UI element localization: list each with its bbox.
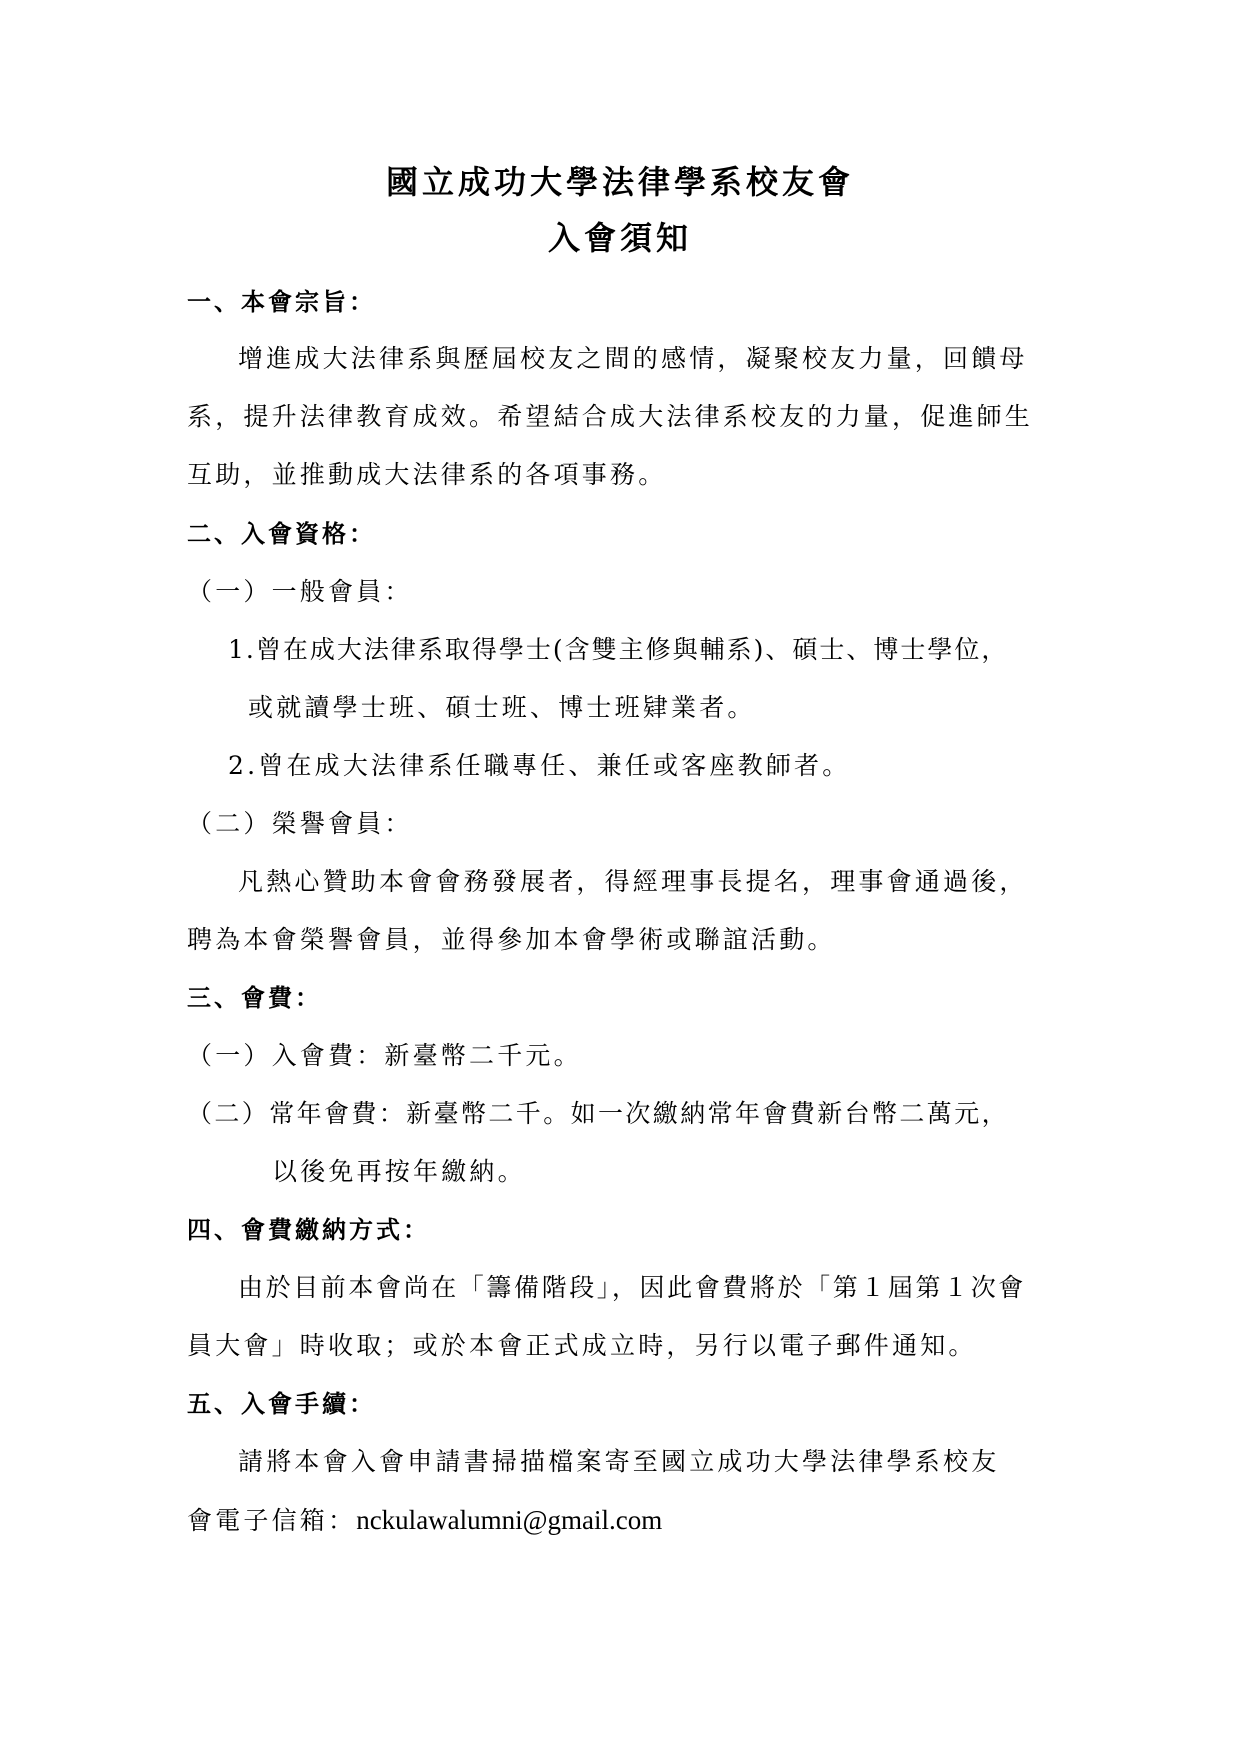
general-member-item-1-line-1: 1.曾在成大法律系取得學士(含雙主修與輔系)、碩士、博士學位， bbox=[228, 634, 1008, 666]
purpose-line-1: 增進成大法律系與歷屆校友之間的感情，凝聚校友力量，回饋母 bbox=[238, 343, 1028, 375]
general-member-item-1-line-2: 或就讀學士班、碩士班、博士班肄業者。 bbox=[248, 692, 756, 724]
section-heading-payment-method: 四、會費繳納方式： bbox=[187, 1214, 430, 1246]
honorary-member-label: （二）榮譽會員： bbox=[187, 808, 413, 840]
general-member-label: （一）一般會員： bbox=[187, 576, 413, 608]
contact-email: nckulawalumni@gmail.com bbox=[356, 1505, 662, 1535]
procedure-line-2-text: 會電子信箱： bbox=[187, 1506, 356, 1535]
section-heading-procedure: 五、入會手續： bbox=[187, 1388, 376, 1420]
payment-line-1: 由於目前本會尚在「籌備階段」，因此會費將於「第１屆第１次會 bbox=[238, 1272, 1026, 1304]
purpose-line-3: 互助，並推動成大法律系的各項事務。 bbox=[187, 459, 666, 491]
procedure-line-2: 會電子信箱：nckulawalumni@gmail.com bbox=[187, 1504, 662, 1537]
purpose-line-2: 系，提升法律教育成效。希望結合成大法律系校友的力量，促進師生 bbox=[187, 401, 1033, 433]
general-member-item-2: 2.曾在成大法律系任職專任、兼任或客座教師者。 bbox=[228, 750, 850, 782]
section-heading-eligibility: 二、入會資格： bbox=[187, 518, 376, 550]
document-subtitle: 入會須知 bbox=[0, 218, 1240, 258]
document-title: 國立成功大學法律學系校友會 bbox=[0, 162, 1240, 202]
fee-annual-continued: 以後免再按年繳納。 bbox=[272, 1156, 526, 1188]
fee-entry: （一）入會費：新臺幣二千元。 bbox=[187, 1040, 582, 1072]
fee-annual: （二）常年會費：新臺幣二千。如一次繳納常年會費新台幣二萬元， bbox=[187, 1098, 1009, 1130]
section-heading-purpose: 一、本會宗旨： bbox=[187, 286, 376, 318]
document-page: 國立成功大學法律學系校友會 入會須知 一、本會宗旨： 增進成大法律系與歷屆校友之… bbox=[0, 0, 1240, 1755]
payment-line-2: 員大會」時收取；或於本會正式成立時，另行以電子郵件通知。 bbox=[187, 1330, 977, 1362]
honorary-member-line-1: 凡熱心贊助本會會務發展者，得經理事長提名，理事會通過後， bbox=[238, 866, 1028, 898]
section-heading-fees: 三、會費： bbox=[187, 982, 322, 1014]
procedure-line-1: 請將本會入會申請書掃描檔案寄至國立成功大學法律學系校友 bbox=[238, 1446, 999, 1478]
honorary-member-line-2: 聘為本會榮譽會員，並得參加本會學術或聯誼活動。 bbox=[187, 924, 836, 956]
